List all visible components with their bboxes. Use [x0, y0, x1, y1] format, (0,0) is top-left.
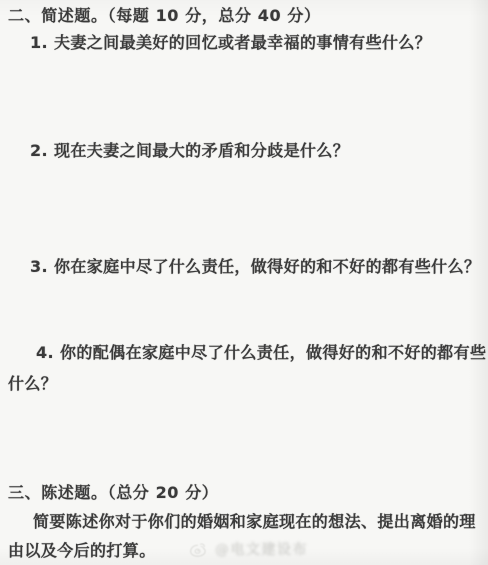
section-two-header: 二、简述题。（每题 10 分，总分 40 分）: [8, 7, 321, 25]
question-2: 2. 现在夫妻之间最大的矛盾和分歧是什么？: [30, 142, 349, 160]
section-three-header: 三、陈述题。（总分 20 分）: [8, 484, 218, 502]
question-4-line-1: 4. 你的配偶在家庭中尽了什么责任，做得好的和不好的都有些: [36, 344, 486, 362]
statement-line-1: 简要陈述你对于你们的婚姻和家庭现在的想法、提出离婚的理: [33, 513, 476, 531]
watermark: @电文建设布: [189, 539, 308, 559]
watermark-text: @电文建设布: [215, 539, 308, 559]
question-3: 3. 你在家庭中尽了什么责任，做得好的和不好的都有些什么？: [30, 258, 480, 276]
questionnaire-page: 二、简述题。（每题 10 分，总分 40 分） 1. 夫妻之间最美好的回忆或者最…: [0, 0, 488, 565]
statement-line-2: 由以及今后的打算。: [8, 542, 156, 560]
question-4-line-2: 什么？: [8, 375, 57, 393]
weibo-logo-icon: [189, 541, 208, 558]
question-1: 1. 夫妻之间最美好的回忆或者最幸福的事情有些什么？: [30, 34, 431, 52]
